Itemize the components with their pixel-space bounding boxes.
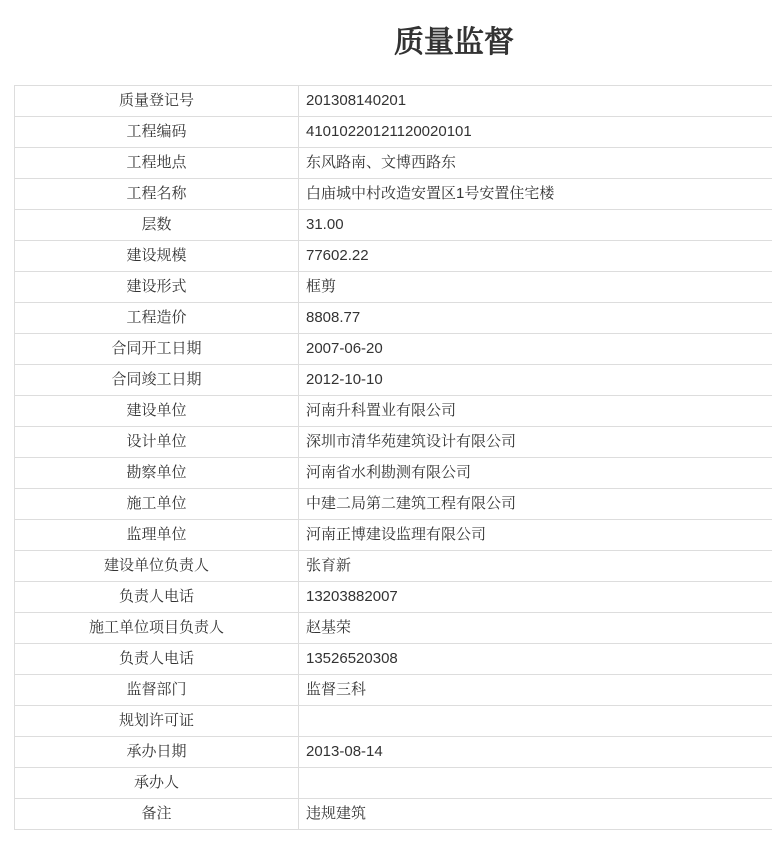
field-value: 违规建筑 [299, 799, 772, 830]
page-title: 质量监督 [14, 24, 772, 62]
table-row: 建设形式 框剪 [15, 272, 772, 303]
field-value: 框剪 [299, 272, 772, 303]
table-row: 设计单位 深圳市清华苑建筑设计有限公司 [15, 427, 772, 458]
field-label: 勘察单位 [15, 458, 299, 489]
field-label: 负责人电话 [15, 644, 299, 675]
field-label: 负责人电话 [15, 582, 299, 613]
field-label: 施工单位项目负责人 [15, 613, 299, 644]
table-row: 勘察单位 河南省水利勘测有限公司 [15, 458, 772, 489]
field-value: 13526520308 [299, 644, 772, 675]
table-row: 监督部门 监督三科 [15, 675, 772, 706]
field-label: 工程地点 [15, 148, 299, 179]
field-label: 建设单位 [15, 396, 299, 427]
field-value: 河南省水利勘测有限公司 [299, 458, 772, 489]
field-label: 工程名称 [15, 179, 299, 210]
field-value: 东风路南、文博西路东 [299, 148, 772, 179]
field-value: 河南正博建设监理有限公司 [299, 520, 772, 551]
quality-supervision-page: 质量监督 质量登记号 201308140201 工程编码 41010220121… [14, 0, 772, 830]
field-label: 备注 [15, 799, 299, 830]
table-row: 负责人电话 13203882007 [15, 582, 772, 613]
field-label: 合同竣工日期 [15, 365, 299, 396]
field-value: 张育新 [299, 551, 772, 582]
field-label: 层数 [15, 210, 299, 241]
field-value: 赵基荣 [299, 613, 772, 644]
table-row: 施工单位项目负责人 赵基荣 [15, 613, 772, 644]
table-row: 合同开工日期 2007-06-20 [15, 334, 772, 365]
field-value: 中建二局第二建筑工程有限公司 [299, 489, 772, 520]
field-value: 2013-08-14 [299, 737, 772, 768]
field-value: 77602.22 [299, 241, 772, 272]
table-row: 备注 违规建筑 [15, 799, 772, 830]
table-row: 质量登记号 201308140201 [15, 86, 772, 117]
table-row: 施工单位 中建二局第二建筑工程有限公司 [15, 489, 772, 520]
field-value: 2007-06-20 [299, 334, 772, 365]
field-label: 施工单位 [15, 489, 299, 520]
field-label: 工程造价 [15, 303, 299, 334]
field-label: 监理单位 [15, 520, 299, 551]
field-value: 8808.77 [299, 303, 772, 334]
field-value: 河南升科置业有限公司 [299, 396, 772, 427]
field-label: 建设规模 [15, 241, 299, 272]
quality-info-table-body: 质量登记号 201308140201 工程编码 4101022012112002… [15, 86, 772, 830]
table-row: 建设单位负责人 张育新 [15, 551, 772, 582]
table-row: 工程名称 白庙城中村改造安置区1号安置住宅楼 [15, 179, 772, 210]
field-label: 承办人 [15, 768, 299, 799]
field-value: 深圳市清华苑建筑设计有限公司 [299, 427, 772, 458]
field-value: 白庙城中村改造安置区1号安置住宅楼 [299, 179, 772, 210]
table-row: 监理单位 河南正博建设监理有限公司 [15, 520, 772, 551]
field-value: 201308140201 [299, 86, 772, 117]
field-value: 31.00 [299, 210, 772, 241]
field-value [299, 768, 772, 799]
table-row: 合同竣工日期 2012-10-10 [15, 365, 772, 396]
table-row: 建设规模 77602.22 [15, 241, 772, 272]
table-row: 负责人电话 13526520308 [15, 644, 772, 675]
table-row: 承办日期 2013-08-14 [15, 737, 772, 768]
field-label: 规划许可证 [15, 706, 299, 737]
field-label: 工程编码 [15, 117, 299, 148]
field-label: 设计单位 [15, 427, 299, 458]
field-value: 2012-10-10 [299, 365, 772, 396]
table-row: 建设单位 河南升科置业有限公司 [15, 396, 772, 427]
field-value [299, 706, 772, 737]
table-row: 层数 31.00 [15, 210, 772, 241]
field-label: 质量登记号 [15, 86, 299, 117]
table-row: 工程编码 41010220121120020101 [15, 117, 772, 148]
quality-info-table: 质量登记号 201308140201 工程编码 4101022012112002… [14, 85, 772, 830]
field-label: 建设单位负责人 [15, 551, 299, 582]
field-label: 承办日期 [15, 737, 299, 768]
table-row: 工程地点 东风路南、文博西路东 [15, 148, 772, 179]
table-row: 工程造价 8808.77 [15, 303, 772, 334]
table-row: 规划许可证 [15, 706, 772, 737]
field-value: 41010220121120020101 [299, 117, 772, 148]
field-value: 监督三科 [299, 675, 772, 706]
field-value: 13203882007 [299, 582, 772, 613]
table-row: 承办人 [15, 768, 772, 799]
field-label: 建设形式 [15, 272, 299, 303]
field-label: 监督部门 [15, 675, 299, 706]
field-label: 合同开工日期 [15, 334, 299, 365]
